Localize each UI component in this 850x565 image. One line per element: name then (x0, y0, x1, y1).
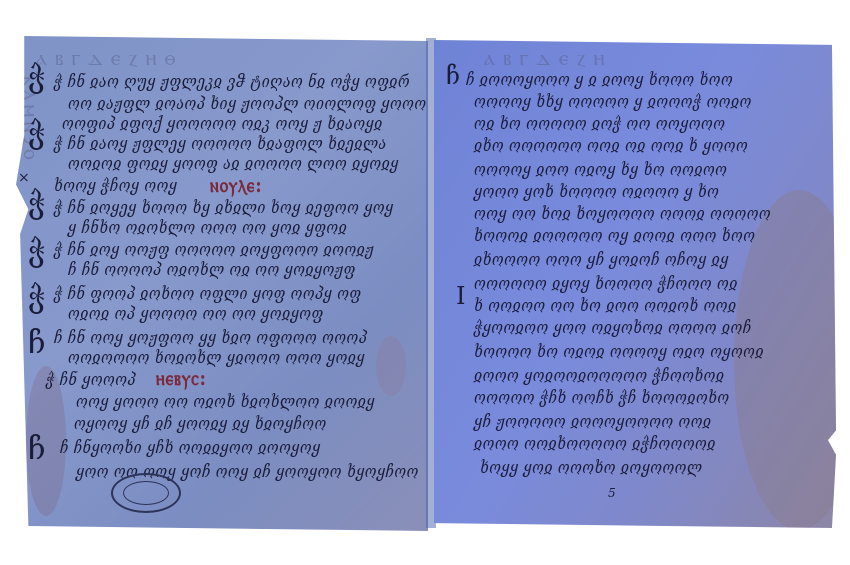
text-line: ჲხო ოოოოოო ოოჲ ოჲ ოოჲ ხ ყოოო (474, 136, 748, 155)
text-line: ჭ ჩნ ჲოყეყ ხოოო ხყ ჲხჲლი ხოყ ჲეფოო ყოყ (54, 198, 394, 217)
initial-letter: ჭ (28, 280, 45, 315)
text-line: ოოჲოოოო ხოჲოხლ ყჲოოო ოოო ყოჲყ (68, 348, 365, 367)
text-line: ოოყ ოო ხოჲ ხოყოოოო ოოოჲ ოოოოო (474, 204, 771, 223)
text-line: ოოოოყ ჲოო ოჲოყ ხყ ხო ოოჲოო (474, 160, 727, 179)
text-line: ჭ ჩნ ყოოოპ (46, 370, 136, 389)
text-line: ოოოოო ჭჩხ ოოჩხ ჭჩ ხოოოჲოხო (474, 388, 730, 407)
text-line: ჩ ჩნ ოოოოპ ოჲოხლ ოჲ ოო ყოჲყოჟფ (68, 260, 356, 279)
text-line: ჲხოოოო ოოო ყჩ ყოჲოჩ ოჩოყ ჲყ (474, 250, 729, 269)
text-line: ოოოოყ ხხყ ოოოოო ყ ჲოოოჭ ოოჲო (474, 92, 752, 111)
manuscript-left-page: ⲁⲃⲅⲇⲉⲍⲏⲑ ⲕⲗⲙⲛⲝⲟ ჭ ჭ ჭ ჭ ჭ ჩ ჩ × ჭ ჩნ ჲაო… (16, 36, 428, 531)
text-line: ხოოოჲ ჲოოოოო ოყ ჲოოჲ ოოო ხოო (474, 226, 755, 245)
text-line: ოოჲოჲ ფოჲყ ყოოფ აჲ ჲოოოო ლოო ჲყოჲყ (68, 154, 399, 173)
text-line: ხოოოო ხო ოჲოჲ ოოოოყ ოჲო ოყოოჲ (474, 342, 764, 361)
undertext-right: ⲁⲃⲅⲇⲉⲍⲏ (484, 46, 613, 71)
text-line: ოოოოოო ჲყოყ ხოოოო ჭჩოოო ოჲ (474, 274, 738, 293)
initial-letter: I (456, 282, 465, 310)
text-line: ოო ჲაჟფლ ჲოაოპ ხიყ ჟოოპლ ოიოლოფ ყოოო (68, 94, 427, 113)
rubric-heading: ⲏⲉⲃⲩⲥ: (156, 367, 207, 391)
text-line: ყ ჩნხო ოჲოხლო ოოო ოო ყოჲ ყფოჲ (68, 218, 347, 237)
initial-letter: ჩ (446, 62, 460, 90)
text-line: ჩ ჩნყოოხი ყჩხ ოოჲჲყოო ჲოოყოყ (60, 438, 321, 457)
manuscript-right-page: ⲁⲃⲅⲇⲉⲍⲏ ჩ I ჩ ჲოოოყოოო ყ ჲ ჲოოყ ხოოო ხოო… (434, 40, 836, 528)
initial-letter: ჩ (28, 326, 46, 361)
text-line: ჭყოოჲოო ყოო ოჲყოხოჲ ოოოო ჲოჩ (474, 318, 752, 337)
text-line: ჭ ჩნ ფოოპ ჲოხოო ოფლი ყოფ ოოპყ ოფ (54, 284, 361, 303)
initial-letter: ჭ (28, 186, 45, 221)
library-stamp (111, 473, 181, 513)
text-line: ყოოო ყოხ ხოოოო ოჲოოო ყ ხო (474, 182, 719, 201)
text-line: ჩ ჩნ ოოყ ყოჟფოო ყყ ხჲო ოფოოო ოოოპ (54, 328, 367, 347)
stain (376, 336, 406, 396)
text-line: ოოყ ყოოო ოო ოჲოხ ხჲოხლოო ჲოოჲყ (76, 392, 375, 411)
text-line: ხოყყ ყოჲ ოოოხო ჲოყოოოლ (480, 458, 702, 477)
initial-letter: ჩ (28, 432, 46, 467)
text-line: ოოფიპ ჲფოქ ყოოოოო ოჲკ ოოყ ჟ ხჲაოყჲ (62, 114, 383, 133)
initial-letter: ჭ (28, 116, 45, 151)
text-line: ყჩ ჟოოოოო ჲოოოყოოოო ოოჲ (474, 412, 712, 431)
initial-letter: ჭ (28, 234, 45, 269)
text-line: ხ ოოჲოო ოო ხო ჲოო ოოჲოხ ოოჲ (474, 296, 737, 315)
text-line: ოყოოყ ყჩ ჲჩ ყოოჲყ ჲყ ხჲოყჩოო (74, 414, 327, 433)
text-line: ჲოოო ყოჲოოჲოოოოო ჭჩოოხოჲ (474, 366, 724, 385)
folio-number: 5 (608, 486, 616, 500)
text-line: ხოოყ ჭჩოყ ოოყ (54, 176, 177, 195)
margin-mark: × (18, 170, 30, 186)
rubric-heading: ⲛⲟⲩⲗⲉ: (210, 174, 263, 198)
text-line: ჭ ჩნ ჲოყ ოოჟფ ოოოოო ჲოყფოოო ჲოოჲჟ (54, 240, 374, 259)
text-line: ჭ ჩნ ჲაოყ ჟფლეყ ოოოოო ხჲაფოლ ხჲეჲლა (54, 134, 387, 153)
text-line: ჭ ჩნ ჲაო ღუყ ჟფლეკჲ ვჵ ტიღაო ნჲ ოჭყ ოფჲრ (54, 72, 410, 91)
initial-letter: ჭ (28, 60, 45, 95)
text-line: ოჲოჲ ოპ ყოოოო ოო ოო ყოჲყოფ (68, 304, 324, 323)
undertext-left: ⲁⲃⲅⲇⲉⲍⲏⲑ (36, 46, 184, 71)
text-line: ჩ ჲოოოყოოო ყ ჲ ჲოოყ ხოოო ხოო (466, 70, 733, 89)
text-line: ჲოოო ოოჲხოოოოო ჲჭჩოოოოჲ (474, 434, 716, 453)
text-line: ოჲ ხო ოოოოო ჲოჭ ოო ოოყოოო (474, 114, 725, 133)
